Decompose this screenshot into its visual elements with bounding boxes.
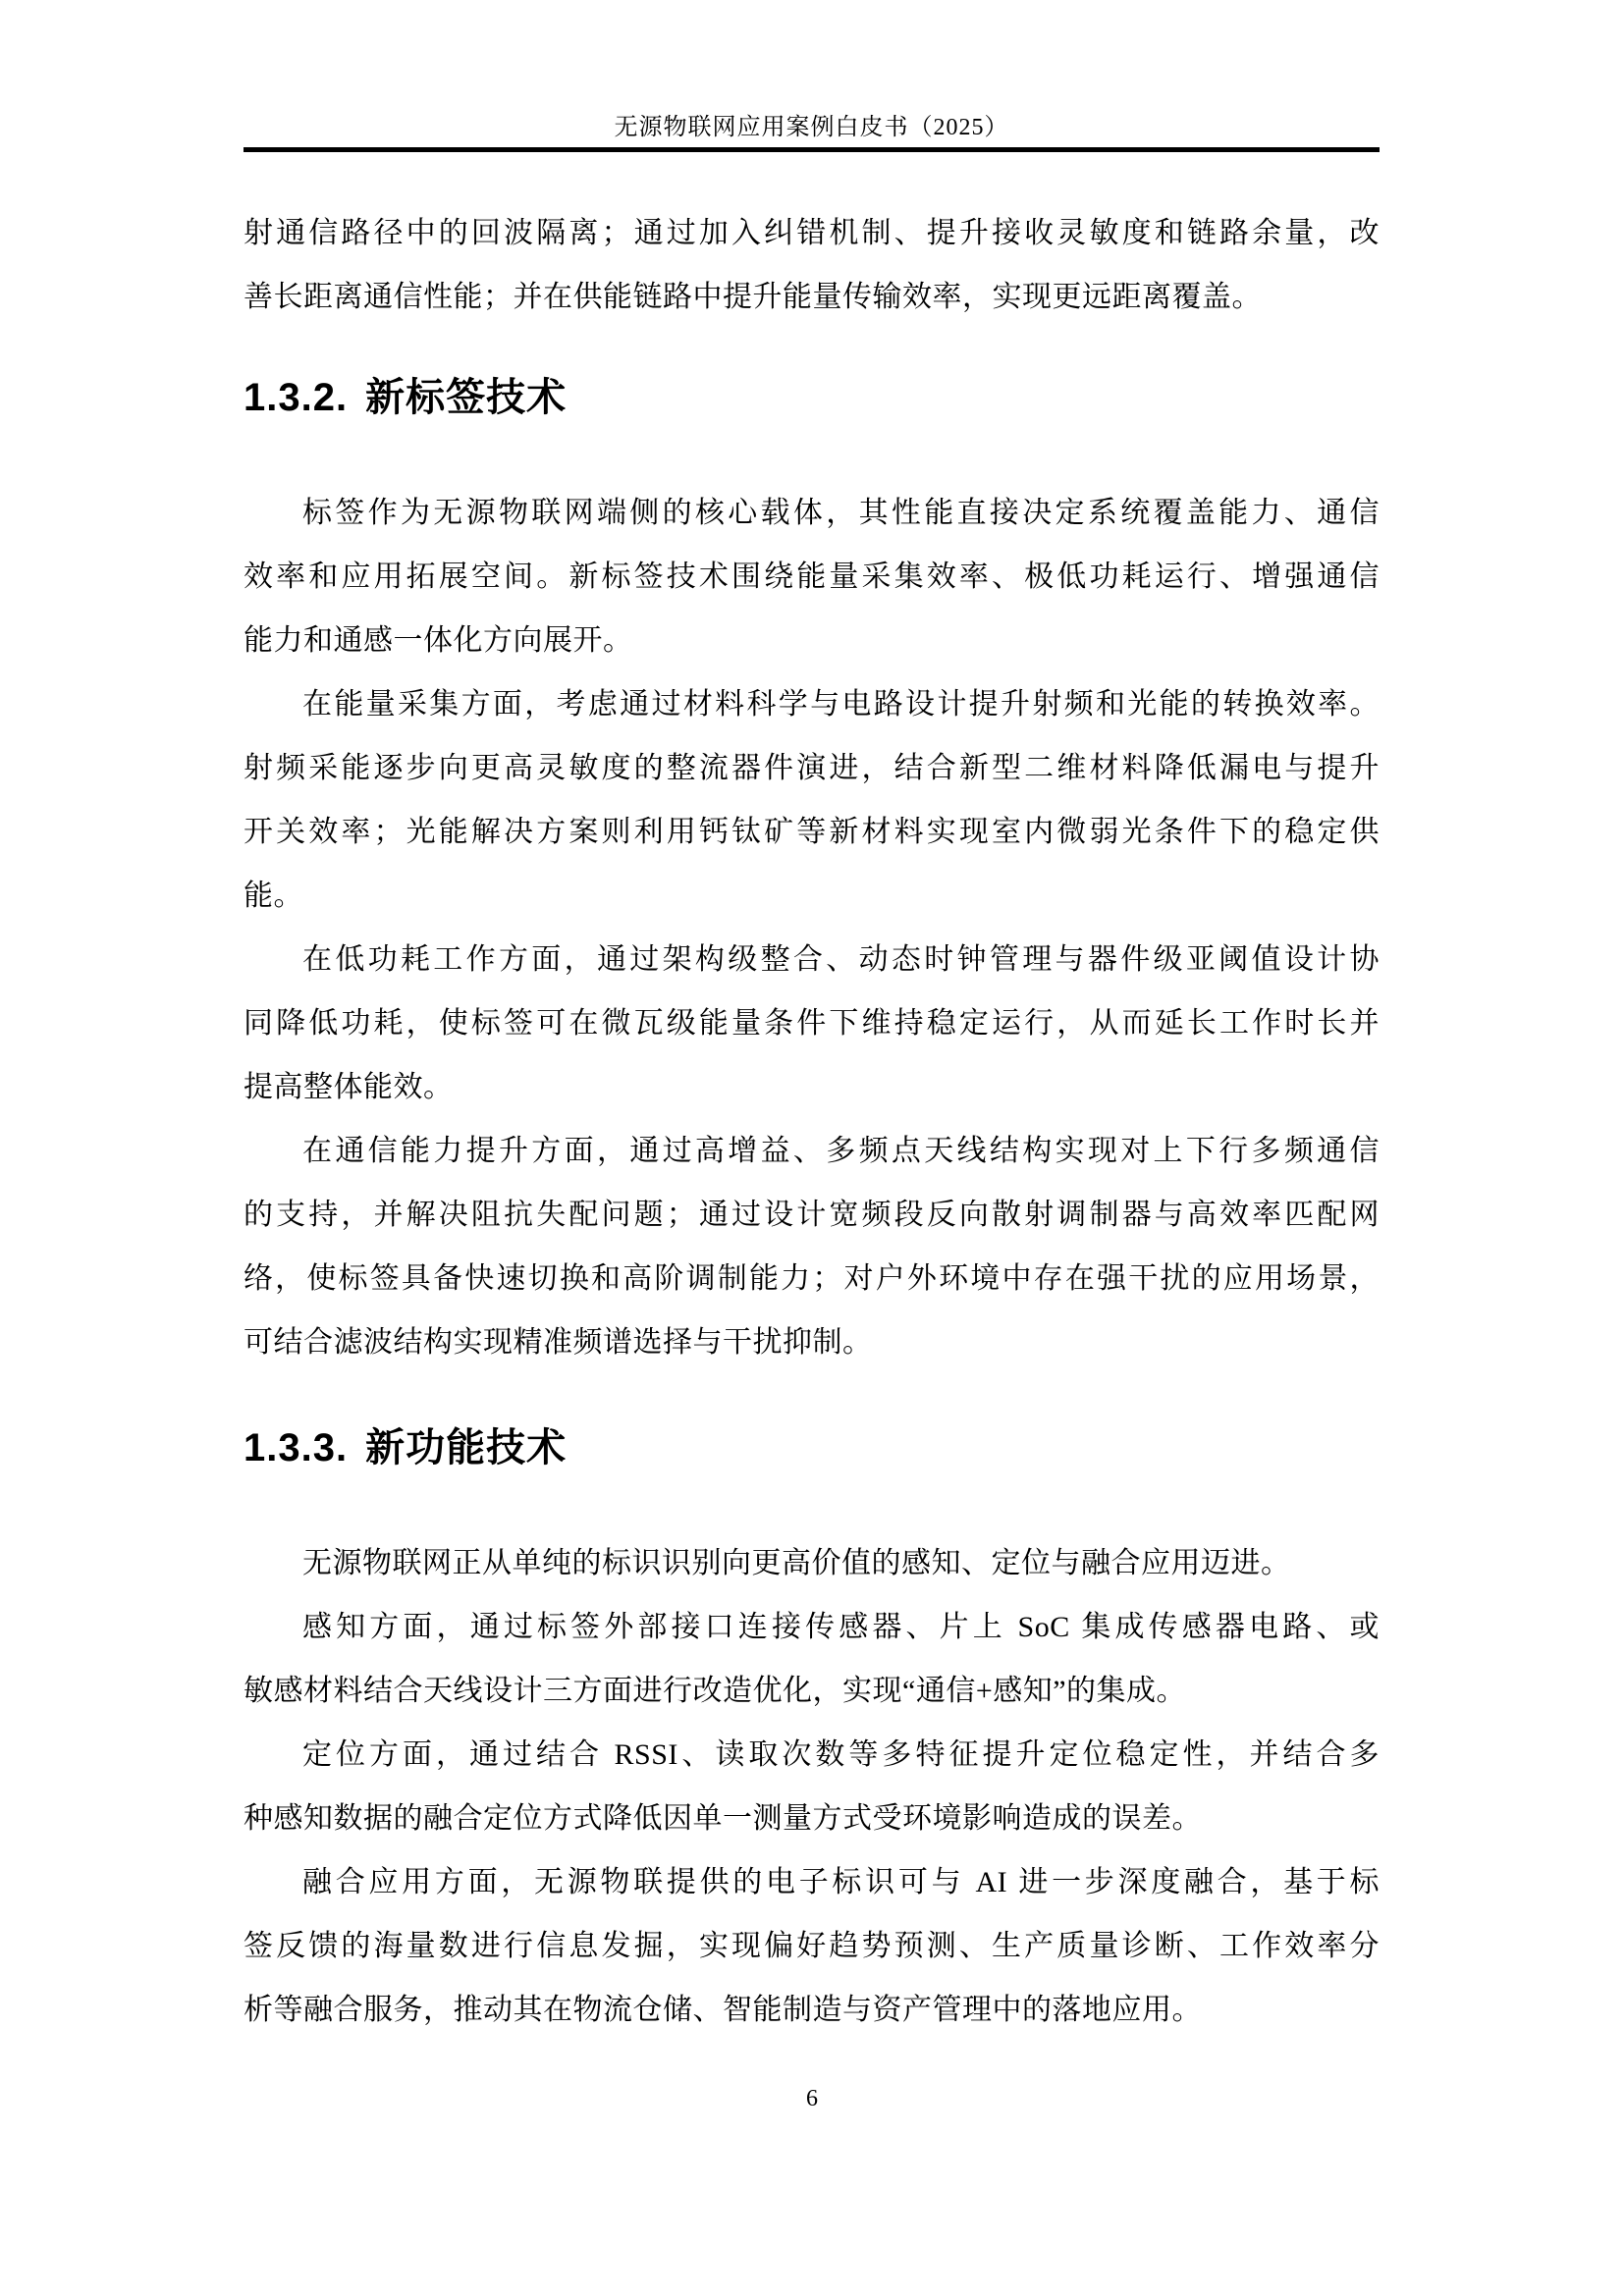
page-header: 无源物联网应用案例白皮书（2025） bbox=[244, 0, 1380, 152]
text-line: 善长距离通信性能；并在供能链路中提升能量传输效率，实现更远距离覆盖。 bbox=[244, 265, 1380, 329]
text-line: 无源物联网正从单纯的标识识别向更高价值的感知、定位与融合应用迈进。 bbox=[244, 1531, 1380, 1595]
text-line: 的支持，并解决阻抗失配问题；通过设计宽频段反向散射调制器与高效率匹配网 bbox=[244, 1183, 1380, 1247]
text-line: 在能量采集方面，考虑通过材料科学与电路设计提升射频和光能的转换效率。 bbox=[244, 672, 1380, 736]
text-line: 可结合滤波结构实现精准频谱选择与干扰抑制。 bbox=[244, 1310, 1380, 1374]
text-line: 能力和通感一体化方向展开。 bbox=[244, 609, 1380, 672]
text-line: 效率和应用拓展空间。新标签技术围绕能量采集效率、极低功耗运行、增强通信 bbox=[244, 545, 1380, 609]
paragraph: 融合应用方面，无源物联提供的电子标识可与 AI 进一步深度融合，基于标 签反馈的… bbox=[244, 1850, 1380, 2042]
paragraph: 在能量采集方面，考虑通过材料科学与电路设计提升射频和光能的转换效率。 射频采能逐… bbox=[244, 672, 1380, 928]
paragraph: 定位方面，通过结合 RSSI、读取次数等多特征提升定位稳定性，并结合多 种感知数… bbox=[244, 1723, 1380, 1850]
text-line: 开关效率；光能解决方案则利用钙钛矿等新材料实现室内微弱光条件下的稳定供 bbox=[244, 800, 1380, 864]
text-line: 敏感材料结合天线设计三方面进行改造优化，实现“通信+感知”的集成。 bbox=[244, 1659, 1380, 1723]
paragraph: 在低功耗工作方面，通过架构级整合、动态时钟管理与器件级亚阈值设计协 同降低功耗，… bbox=[244, 928, 1380, 1119]
paragraph: 射通信路径中的回波隔离；通过加入纠错机制、提升接收灵敏度和链路余量，改 善长距离… bbox=[244, 201, 1380, 329]
paragraph: 在通信能力提升方面，通过高增益、多频点天线结构实现对上下行多频通信 的支持，并解… bbox=[244, 1119, 1380, 1374]
text-line: 定位方面，通过结合 RSSI、读取次数等多特征提升定位稳定性，并结合多 bbox=[244, 1723, 1380, 1787]
text-line: 析等融合服务，推动其在物流仓储、智能制造与资产管理中的落地应用。 bbox=[244, 1978, 1380, 2042]
paragraph: 感知方面，通过标签外部接口连接传感器、片上 SoC 集成传感器电路、或 敏感材料… bbox=[244, 1595, 1380, 1723]
section-heading-1-3-2: 1.3.2.新标签技术 bbox=[244, 363, 1380, 432]
paragraph: 无源物联网正从单纯的标识识别向更高价值的感知、定位与融合应用迈进。 bbox=[244, 1531, 1380, 1595]
page-footer: 6 bbox=[0, 2086, 1624, 2112]
text-line: 络，使标签具备快速切换和高阶调制能力；对户外环境中存在强干扰的应用场景， bbox=[244, 1247, 1380, 1310]
text-line: 能。 bbox=[244, 864, 1380, 928]
text-line: 在通信能力提升方面，通过高增益、多频点天线结构实现对上下行多频通信 bbox=[244, 1119, 1380, 1183]
text-line: 标签作为无源物联网端侧的核心载体，其性能直接决定系统覆盖能力、通信 bbox=[244, 481, 1380, 545]
document-page: 无源物联网应用案例白皮书（2025） 射通信路径中的回波隔离；通过加入纠错机制、… bbox=[0, 0, 1624, 2296]
paragraph: 标签作为无源物联网端侧的核心载体，其性能直接决定系统覆盖能力、通信 效率和应用拓… bbox=[244, 481, 1380, 672]
text-line: 签反馈的海量数进行信息发掘，实现偏好趋势预测、生产质量诊断、工作效率分 bbox=[244, 1914, 1380, 1978]
text-line: 射通信路径中的回波隔离；通过加入纠错机制、提升接收灵敏度和链路余量，改 bbox=[244, 201, 1380, 265]
document-body: 射通信路径中的回波隔离；通过加入纠错机制、提升接收灵敏度和链路余量，改 善长距离… bbox=[244, 201, 1380, 2042]
heading-title: 新功能技术 bbox=[365, 1426, 567, 1469]
text-line: 融合应用方面，无源物联提供的电子标识可与 AI 进一步深度融合，基于标 bbox=[244, 1850, 1380, 1914]
heading-title: 新标签技术 bbox=[365, 376, 567, 419]
text-line: 在低功耗工作方面，通过架构级整合、动态时钟管理与器件级亚阈值设计协 bbox=[244, 928, 1380, 991]
header-title: 无源物联网应用案例白皮书（2025） bbox=[615, 107, 1009, 141]
text-line: 同降低功耗，使标签可在微瓦级能量条件下维持稳定运行，从而延长工作时长并 bbox=[244, 991, 1380, 1055]
heading-number: 1.3.2. bbox=[244, 376, 348, 419]
text-line: 感知方面，通过标签外部接口连接传感器、片上 SoC 集成传感器电路、或 bbox=[244, 1595, 1380, 1659]
text-line: 种感知数据的融合定位方式降低因单一测量方式受环境影响造成的误差。 bbox=[244, 1787, 1380, 1850]
heading-number: 1.3.3. bbox=[244, 1426, 348, 1469]
page-number: 6 bbox=[806, 2086, 818, 2111]
text-line: 提高整体能效。 bbox=[244, 1055, 1380, 1119]
section-heading-1-3-3: 1.3.3.新功能技术 bbox=[244, 1414, 1380, 1482]
text-line: 射频采能逐步向更高灵敏度的整流器件演进，结合新型二维材料降低漏电与提升 bbox=[244, 736, 1380, 800]
